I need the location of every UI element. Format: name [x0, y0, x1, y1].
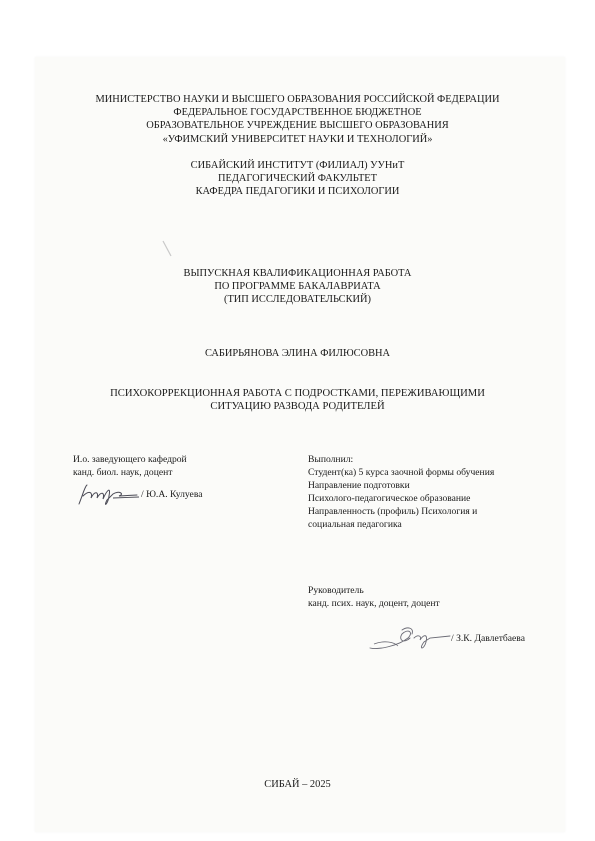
direction-label: Направление подготовки	[308, 479, 494, 492]
topic-line: СИТУАЦИЮ РАЗВОДА РОДИТЕЛЕЙ	[0, 400, 595, 413]
performed-by-label: Выполнил:	[308, 453, 494, 466]
supervisor-name: / З.К. Давлетбаева	[451, 633, 525, 644]
faculty-line: ПЕДАГОГИЧЕСКИЙ ФАКУЛЬТЕТ	[0, 172, 595, 185]
hod-degree: канд. биол. наук, доцент	[73, 466, 187, 479]
institute-header: СИБАЙСКИЙ ИНСТИТУТ (ФИЛИАЛ) УУНиТ ПЕДАГО…	[0, 159, 595, 199]
institute-line: СИБАЙСКИЙ ИНСТИТУТ (ФИЛИАЛ) УУНиТ	[0, 159, 595, 172]
supervisor-block: Руководитель канд. псих. наук, доцент, д…	[308, 584, 440, 610]
topic-line: ПСИХОКОРРЕКЦИОННАЯ РАБОТА С ПОДРОСТКАМИ,…	[0, 387, 595, 400]
ministry-line: ФЕДЕРАЛЬНОЕ ГОСУДАРСТВЕННОЕ БЮДЖЕТНОЕ	[0, 106, 595, 119]
city-year: СИБАЙ – 2025	[0, 778, 595, 791]
profile-line: Направленность (профиль) Психология и	[308, 505, 494, 518]
author-name: САБИРЬЯНОВА ЭЛИНА ФИЛЮСОВНА	[0, 347, 595, 360]
hod-position: И.о. заведующего кафедрой	[73, 453, 187, 466]
work-type-line: ВЫПУСКНАЯ КВАЛИФИКАЦИОННАЯ РАБОТА	[0, 267, 595, 280]
supervisor-degree: канд. псих. наук, доцент, доцент	[308, 597, 440, 610]
department-line: КАФЕДРА ПЕДАГОГИКИ И ПСИХОЛОГИИ	[0, 185, 595, 198]
signature-icon	[368, 624, 452, 652]
thesis-topic: ПСИХОКОРРЕКЦИОННАЯ РАБОТА С ПОДРОСТКАМИ,…	[0, 387, 595, 414]
ministry-line: ОБРАЗОВАТЕЛЬНОЕ УЧРЕЖДЕНИЕ ВЫСШЕГО ОБРАЗ…	[0, 119, 595, 132]
profile-line-cont: социальная педагогика	[308, 518, 494, 531]
student-course: Студент(ка) 5 курса заочной формы обучен…	[308, 466, 494, 479]
ministry-line: МИНИСТЕРСТВО НАУКИ И ВЫСШЕГО ОБРАЗОВАНИЯ…	[0, 93, 595, 106]
direction-value: Психолого-педагогическое образование	[308, 492, 494, 505]
ministry-line: «УФИМСКИЙ УНИВЕРСИТЕТ НАУКИ И ТЕХНОЛОГИЙ…	[0, 133, 595, 146]
ministry-header: МИНИСТЕРСТВО НАУКИ И ВЫСШЕГО ОБРАЗОВАНИЯ…	[0, 93, 595, 146]
performed-by-block: Выполнил: Студент(ка) 5 курса заочной фо…	[308, 453, 494, 531]
head-of-department-block: И.о. заведующего кафедрой канд. биол. на…	[73, 453, 187, 508]
work-type-line: (ТИП ИССЛЕДОВАТЕЛЬСКИЙ)	[0, 293, 595, 306]
supervisor-label: Руководитель	[308, 584, 440, 597]
signature-icon	[73, 482, 143, 508]
hod-name: / Ю.А. Кулуева	[141, 488, 202, 501]
city-year-text: СИБАЙ – 2025	[0, 778, 595, 791]
author-name-text: САБИРЬЯНОВА ЭЛИНА ФИЛЮСОВНА	[0, 347, 595, 360]
work-type-line: ПО ПРОГРАММЕ БАКАЛАВРИАТА	[0, 280, 595, 293]
work-type: ВЫПУСКНАЯ КВАЛИФИКАЦИОННАЯ РАБОТА ПО ПРО…	[0, 267, 595, 307]
pen-mark	[162, 240, 174, 258]
hod-signature-row: / Ю.А. Кулуева	[73, 486, 187, 508]
